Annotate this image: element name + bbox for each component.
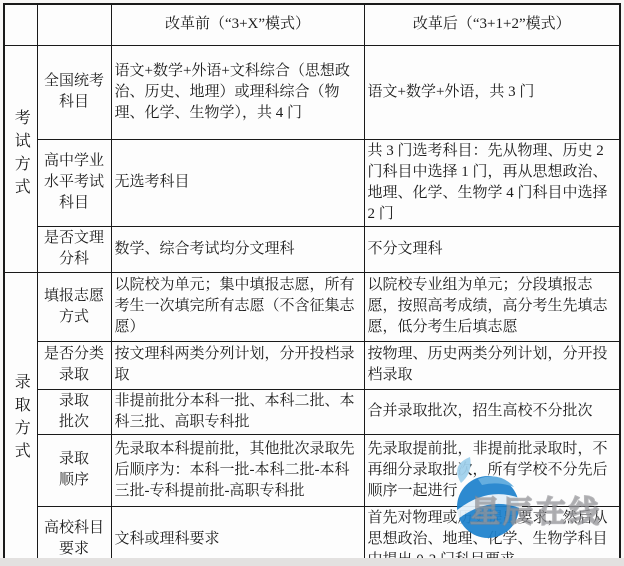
group-exam-method: 考试方式 — [4, 45, 37, 272]
cell-national-exam-before: 语文+数学+外语+文科综合（思想政治、历史、地理）或理科综合（物理、化学、生物学… — [111, 45, 364, 139]
header-before: 改革前（“3+X”模式） — [111, 4, 364, 45]
table-row: 录取方式 填报志愿 方式 以院校为单元；集中填报志愿，所有考生一次填完所有志愿（… — [4, 272, 620, 341]
cell-classified-admission-after: 按物理、历史两类分列计划，分开投档录取 — [364, 341, 620, 389]
header-row: 改革前（“3+X”模式） 改革后（“3+1+2”模式） — [4, 4, 620, 45]
cell-admission-batches-after: 合并录取批次，招生高校不分批次 — [364, 389, 620, 434]
cell-admission-batches-before: 非提前批分本科一批、本科二批、本科三批、高职专科批 — [111, 389, 364, 434]
header-corner-group — [4, 4, 37, 45]
row-label-academic-level: 高中学业 水平考试 科目 — [37, 139, 111, 226]
row-label-arts-science-split: 是否文理 分科 — [37, 226, 111, 272]
header-corner-label — [37, 4, 111, 45]
row-label-admission-batches: 录取 批次 — [37, 389, 111, 434]
cell-arts-science-split-before: 数学、综合考试均分文理科 — [111, 226, 364, 272]
cell-admission-order-after: 先录取提前批，非提前批录取时，不再细分录取批次，所有学校不分先后顺序一起进行 — [364, 434, 620, 506]
row-label-national-exam: 全国统考 科目 — [37, 45, 111, 139]
group-exam-method-label: 考试方式 — [10, 109, 31, 201]
cell-college-subject-requirements-after: 首先对物理或历史提出要求，然后从思想政治、地理、化学、生物学科目中提出 0-2 … — [364, 506, 620, 566]
table-row: 是否分类 录取 按文理科两类分列计划，分开投档录取 按物理、历史两类分列计划，分… — [4, 341, 620, 389]
table-row: 考试方式 全国统考 科目 语文+数学+外语+文科综合（思想政治、历史、地理）或理… — [4, 45, 620, 139]
cell-admission-order-before: 先录取本科提前批，其他批次录取先后顺序为：本科一批-本科二批-本科三批-专科提前… — [111, 434, 364, 506]
bottom-edge-strip — [0, 558, 624, 566]
row-label-college-subject-requirements: 高校科目 要求 — [37, 506, 111, 566]
cell-national-exam-after: 语文+数学+外语，共 3 门 — [364, 45, 620, 139]
table-row: 高中学业 水平考试 科目 无选考科目 共 3 门选考科目：先从物理、历史 2 门… — [4, 139, 620, 226]
table-row: 录取 批次 非提前批分本科一批、本科二批、本科三批、高职专科批 合并录取批次，招… — [4, 389, 620, 434]
table-row: 高校科目 要求 文科或理科要求 首先对物理或历史提出要求，然后从思想政治、地理、… — [4, 506, 620, 566]
cell-college-subject-requirements-before: 文科或理科要求 — [111, 506, 364, 566]
group-admission-method: 录取方式 — [4, 272, 37, 566]
cell-academic-level-before: 无选考科目 — [111, 139, 364, 226]
cell-arts-science-split-after: 不分文理科 — [364, 226, 620, 272]
row-label-classified-admission: 是否分类 录取 — [37, 341, 111, 389]
header-after: 改革后（“3+1+2”模式） — [364, 4, 620, 45]
reform-comparison-table: 改革前（“3+X”模式） 改革后（“3+1+2”模式） 考试方式 全国统考 科目… — [3, 3, 621, 566]
table-row: 录取 顺序 先录取本科提前批，其他批次录取先后顺序为：本科一批-本科二批-本科三… — [4, 434, 620, 506]
group-admission-method-label: 录取方式 — [10, 373, 31, 465]
cell-application-method-after: 以院校专业组为单元；分段填报志愿，按照高考成绩，高分考生先填志愿，低分考生后填志… — [364, 272, 620, 341]
cell-academic-level-after: 共 3 门选考科目：先从物理、历史 2 门科目中选择 1 门，再从思想政治、地理… — [364, 139, 620, 226]
screenshot-root: 改革前（“3+X”模式） 改革后（“3+1+2”模式） 考试方式 全国统考 科目… — [0, 0, 624, 566]
table-row: 是否文理 分科 数学、综合考试均分文理科 不分文理科 — [4, 226, 620, 272]
row-label-admission-order: 录取 顺序 — [37, 434, 111, 506]
cell-classified-admission-before: 按文理科两类分列计划，分开投档录取 — [111, 341, 364, 389]
cell-application-method-before: 以院校为单元；集中填报志愿，所有考生一次填完所有志愿（不含征集志愿） — [111, 272, 364, 341]
row-label-application-method: 填报志愿 方式 — [37, 272, 111, 341]
